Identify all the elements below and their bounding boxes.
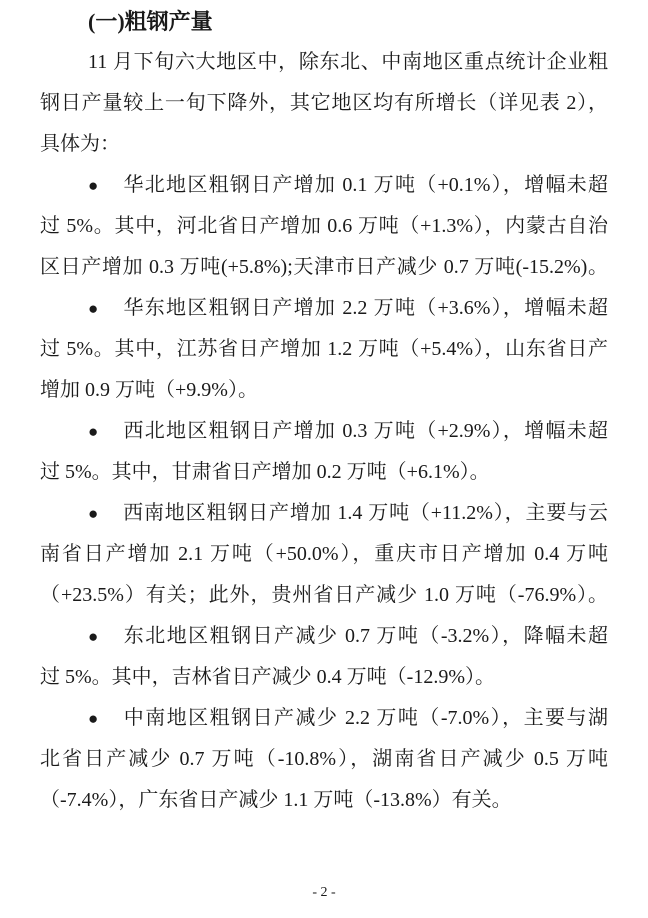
text-line: 增加 0.9 万吨（+9.9%）。 xyxy=(40,370,608,411)
bullet-icon: ● xyxy=(88,422,100,441)
bullet-icon: ● xyxy=(88,627,100,646)
text-line: 区日产增加 0.3 万吨(+5.8%);天津市日产减少 0.7 万吨(-15.2… xyxy=(40,247,608,288)
page-number: - 2 - xyxy=(0,884,648,902)
bullet-line-text: 西北地区粗钢日产增加 0.3 万吨（+2.9%），增幅未超 xyxy=(124,420,608,442)
text-line: 具体为： xyxy=(40,124,608,165)
document-body: 11 月下旬六大地区中，除东北、中南地区重点统计企业粗钢日产量较上一旬下降外，其… xyxy=(40,42,608,821)
text-line: 钢日产量较上一旬下降外，其它地区均有所增长（详见表 2）， xyxy=(40,83,608,124)
text-line: ●东北地区粗钢日产减少 0.7 万吨（-3.2%），降幅未超 xyxy=(40,616,608,657)
text-line: 过 5%。其中，吉林省日产减少 0.4 万吨（-12.9%）。 xyxy=(40,657,608,698)
bullet-icon: ● xyxy=(88,709,100,728)
text-line: 过 5%。其中，甘肃省日产增加 0.2 万吨（+6.1%）。 xyxy=(40,452,608,493)
bullet-line-text: 东北地区粗钢日产减少 0.7 万吨（-3.2%），降幅未超 xyxy=(124,625,608,647)
text-line: 过 5%。其中，河北省日产增加 0.6 万吨（+1.3%），内蒙古自治 xyxy=(40,206,608,247)
text-line: （+23.5%）有关；此外，贵州省日产减少 1.0 万吨（-76.9%）。 xyxy=(40,575,608,616)
text-line: ●华北地区粗钢日产增加 0.1 万吨（+0.1%），增幅未超 xyxy=(40,165,608,206)
document-page: (一)粗钢产量 11 月下旬六大地区中，除东北、中南地区重点统计企业粗钢日产量较… xyxy=(0,0,648,918)
text-line: ●西北地区粗钢日产增加 0.3 万吨（+2.9%），增幅未超 xyxy=(40,411,608,452)
text-line: （-7.4%），广东省日产减少 1.1 万吨（-13.8%）有关。 xyxy=(40,780,608,821)
section-heading: (一)粗钢产量 xyxy=(40,1,608,42)
text-line: 北省日产减少 0.7 万吨（-10.8%），湖南省日产减少 0.5 万吨 xyxy=(40,739,608,780)
bullet-line-text: 华北地区粗钢日产增加 0.1 万吨（+0.1%），增幅未超 xyxy=(124,174,608,196)
bullet-line-text: 中南地区粗钢日产减少 2.2 万吨（-7.0%），主要与湖 xyxy=(124,707,608,729)
document-content: (一)粗钢产量 11 月下旬六大地区中，除东北、中南地区重点统计企业粗钢日产量较… xyxy=(40,1,608,821)
text-line: ●中南地区粗钢日产减少 2.2 万吨（-7.0%），主要与湖 xyxy=(40,698,608,739)
text-line: 11 月下旬六大地区中，除东北、中南地区重点统计企业粗 xyxy=(40,42,608,83)
text-line: 南省日产增加 2.1 万吨（+50.0%），重庆市日产增加 0.4 万吨 xyxy=(40,534,608,575)
text-line: 过 5%。其中，江苏省日产增加 1.2 万吨（+5.4%），山东省日产 xyxy=(40,329,608,370)
bullet-line-text: 西南地区粗钢日产增加 1.4 万吨（+11.2%），主要与云 xyxy=(123,502,608,524)
bullet-line-text: 华东地区粗钢日产增加 2.2 万吨（+3.6%），增幅未超 xyxy=(124,297,608,319)
bullet-icon: ● xyxy=(88,504,99,523)
text-line: ●华东地区粗钢日产增加 2.2 万吨（+3.6%），增幅未超 xyxy=(40,288,608,329)
bullet-icon: ● xyxy=(88,299,100,318)
bullet-icon: ● xyxy=(88,176,100,195)
text-line: ●西南地区粗钢日产增加 1.4 万吨（+11.2%），主要与云 xyxy=(40,493,608,534)
